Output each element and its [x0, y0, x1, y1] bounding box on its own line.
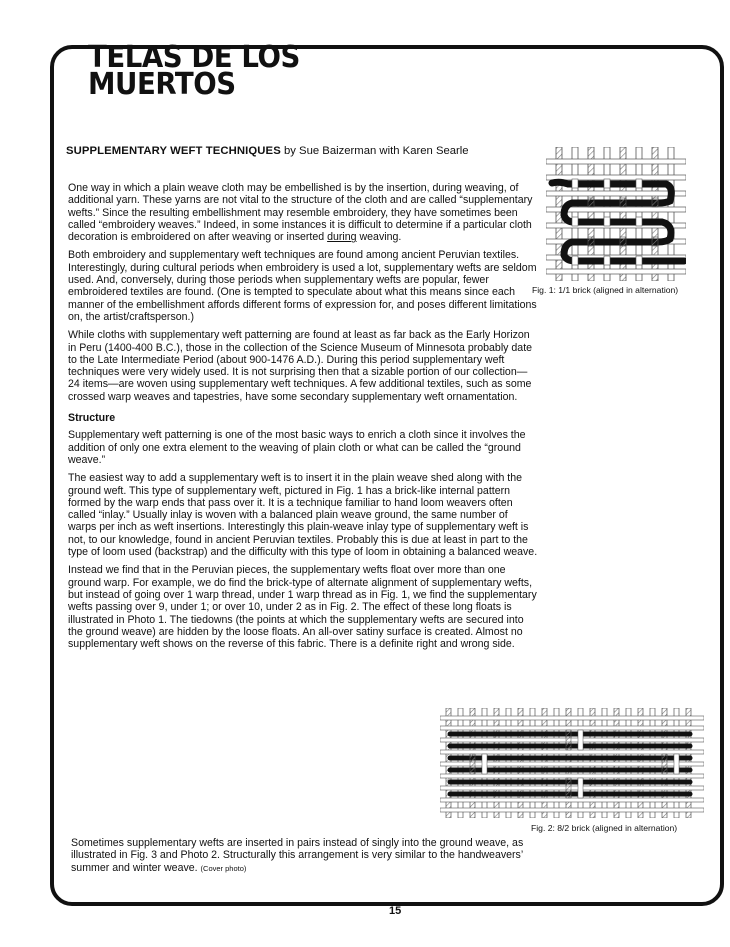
- cover-photo-note: (Cover photo): [201, 864, 247, 873]
- structure-paragraph-3: Instead we find that in the Peruvian pie…: [68, 564, 538, 650]
- closing-text: Sometimes supplementary wefts are insert…: [71, 837, 523, 874]
- weave-diagram-1-1-brick-icon: [546, 147, 686, 281]
- closing-paragraph: Sometimes supplementary wefts are insert…: [71, 837, 551, 875]
- article-byline: SUPPLEMENTARY WEFT TECHNIQUES by Sue Bai…: [66, 145, 469, 157]
- structure-paragraph-2: The easiest way to add a supplementary w…: [68, 472, 538, 558]
- intro-column: One way in which a plain weave cloth may…: [68, 182, 538, 656]
- structure-heading: Structure: [68, 412, 538, 424]
- weave-diagram-8-2-brick-icon: [440, 708, 704, 818]
- intro-paragraph-1: One way in which a plain weave cloth may…: [68, 182, 538, 243]
- structure-paragraph-1: Supplementary weft patterning is one of …: [68, 429, 538, 466]
- page-number: 15: [389, 905, 401, 917]
- intro-paragraph-3: While cloths with supplementary weft pat…: [68, 329, 538, 403]
- article-heading: SUPPLEMENTARY WEFT TECHNIQUES: [66, 145, 281, 157]
- article-authors: by Sue Baizerman with Karen Searle: [281, 145, 469, 157]
- figure-1-caption: Fig. 1: 1/1 brick (aligned in alternatio…: [532, 285, 678, 295]
- intro-p1-text: One way in which a plain weave cloth may…: [68, 182, 532, 243]
- intro-p1-end: weaving.: [357, 231, 402, 243]
- page-title: TELAS DE LOS MUERTOS: [88, 44, 300, 98]
- title-line-2: MUERTOS: [88, 71, 300, 98]
- intro-p1-emphasis: during: [327, 231, 356, 243]
- figure-2-caption: Fig. 2: 8/2 brick (aligned in alternatio…: [531, 823, 677, 833]
- intro-paragraph-2: Both embroidery and supplementary weft t…: [68, 249, 538, 323]
